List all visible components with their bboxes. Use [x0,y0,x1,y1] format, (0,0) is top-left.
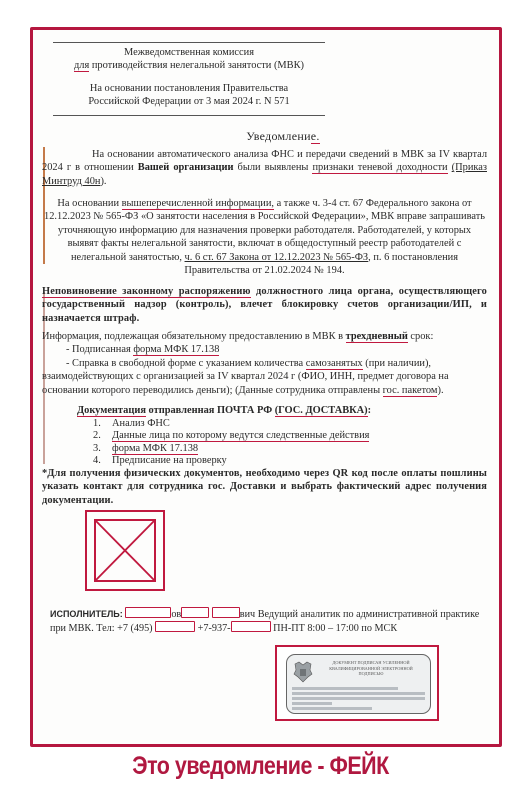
redacted-name [181,607,209,618]
redacted-surname [125,607,171,618]
divider-bottom [53,115,325,116]
documentation-list-item: 2.Данные лица по которому ведутся следст… [93,430,369,442]
qr-instruction-note: *Для получения физических документов, не… [42,467,487,507]
org-name-line1: Межведомственная комиссия [53,46,325,59]
fake-warning-caption: Это уведомление - ФЕЙК [36,752,484,781]
required-item-certificate: - Справка в свободной форме с указанием … [42,357,487,397]
documentation-list: 1.Анализ ФНС2.Данные лица по которому ве… [93,418,369,468]
org-header: Межведомственная комиссия для противодей… [53,46,325,72]
notice-title: Уведомление. [213,130,353,143]
org-name-line2: для противодействия нелегальной занятост… [53,59,325,72]
stamp-title: ДОКУМЕНТ ПОДПИСАН УСИЛЕННОЙ КВАЛИФИЦИРОВ… [317,660,425,677]
coat-of-arms-icon [292,660,314,684]
divider-top [53,42,325,43]
stamp-details-illegible [292,686,425,712]
fake-notice-frame: Межведомственная комиссия для противодей… [30,27,502,747]
paragraph-required-info: Информация, подлежащая обязательному пре… [42,330,487,397]
paragraph-detection: На основании автоматического анализа ФНС… [42,148,487,188]
e-signature-stamp-highlight: ДОКУМЕНТ ПОДПИСАН УСИЛЕННОЙ КВАЛИФИЦИРОВ… [275,645,439,721]
documentation-heading: Документация отправленная ПОЧТА РФ (ГОС.… [77,404,477,417]
e-signature-stamp: ДОКУМЕНТ ПОДПИСАН УСИЛЕННОЙ КВАЛИФИЦИРОВ… [286,654,431,714]
required-item-form: - Подписанная форма МФК 17.138 [42,343,487,356]
paragraph-legal-basis: На основании вышеперечисленной информаци… [42,197,487,277]
redacted-patronymic [212,607,240,618]
redacted-qr-code-icon [85,510,165,591]
paragraph-penalty-warning: Неповиновение законному распоряжению дол… [42,285,487,325]
documentation-list-item: 1.Анализ ФНС [93,418,369,430]
redacted-phone-2 [231,621,271,632]
legal-basis: На основании постановления Правительства… [53,82,325,108]
documentation-list-item: 4.Предписание на проверку [93,455,369,467]
redacted-phone-1 [155,621,195,632]
executor-contact: ИСПОЛНИТЕЛЬ: ов вич Ведущий аналитик по … [50,607,490,636]
document-page: Межведомственная комиссия для противодей… [33,30,499,744]
documentation-list-item: 3.форма МФК 17.138 [93,443,369,455]
executor-label: ИСПОЛНИТЕЛЬ: [50,609,123,619]
